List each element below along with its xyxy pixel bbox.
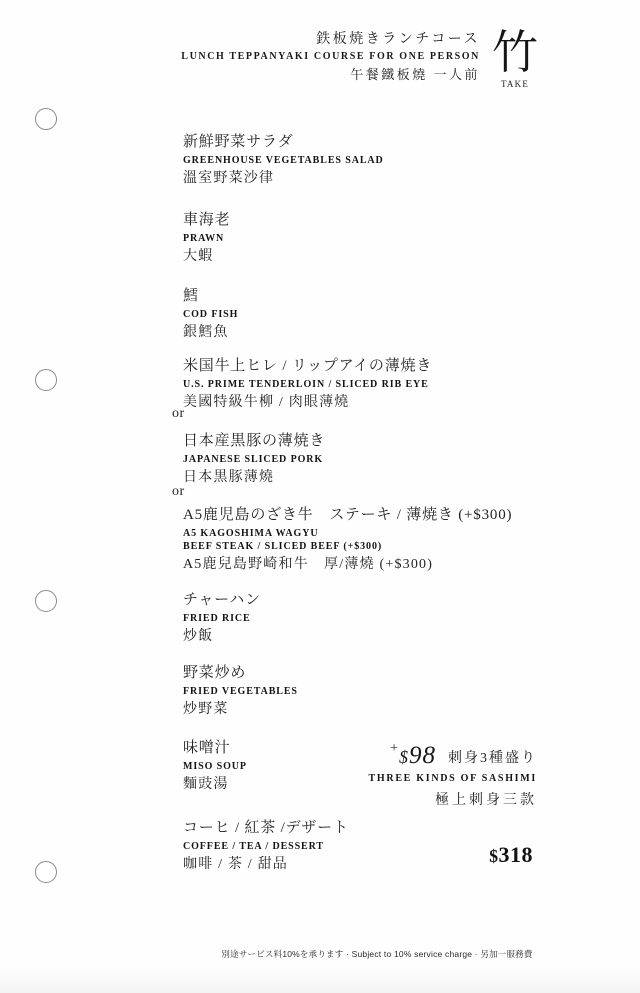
- item-name-en: COFFEE / TEA / DESSERT: [183, 841, 349, 853]
- menu-item-fried-rice: チャーハン FRIED RICE 炒飯: [183, 590, 261, 646]
- item-name-cn: 溫室野菜沙律: [183, 170, 384, 188]
- item-name-cn: A5鹿兒島野崎和牛 厚/薄燒 (+$300): [183, 556, 512, 574]
- menu-header: 鉄板焼きランチコース LUNCH TEPPANYAKI COURSE FOR O…: [181, 30, 480, 84]
- item-name-en: A5 KAGOSHIMA WAGYU: [183, 528, 512, 540]
- item-name-cn: 咖啡 / 茶 / 甜品: [183, 856, 349, 874]
- sashimi-addon-cn: 極上刺身三款: [369, 789, 537, 809]
- sashimi-addon: +$98刺身3種盛り THREE KINDS OF SASHIMI 極上刺身三款: [369, 744, 537, 809]
- item-name-jp: 鱈: [183, 286, 238, 306]
- sashimi-addon-en: THREE KINDS OF SASHIMI: [369, 773, 537, 784]
- item-name-en: PRAWN: [183, 233, 230, 245]
- course-kanji: 竹: [489, 28, 541, 78]
- item-name-cn: 銀鱈魚: [183, 324, 238, 342]
- sashimi-addon-price: $98: [399, 744, 436, 769]
- plus-sign: +: [390, 741, 398, 757]
- item-name-en: JAPANESE SLICED PORK: [183, 454, 325, 466]
- menu-item-prawn: 車海老 PRAWN 大蝦: [183, 210, 230, 266]
- binder-hole: [35, 108, 57, 130]
- menu-item-miso-soup: 味噌汁 MISO SOUP 麵豉湯: [183, 738, 247, 794]
- menu-page: 鉄板焼きランチコース LUNCH TEPPANYAKI COURSE FOR O…: [0, 0, 640, 993]
- item-name-en: FRIED RICE: [183, 613, 261, 625]
- sashimi-addon-price-line: +$98刺身3種盛り: [369, 744, 537, 769]
- total-price: $318: [489, 842, 533, 868]
- item-name-jp: チャーハン: [183, 590, 261, 610]
- menu-item-wagyu: A5鹿児島のざき牛 ステーキ / 薄焼き (+$300) A5 KAGOSHIM…: [183, 505, 512, 574]
- item-name-jp: 新鮮野菜サラダ: [183, 132, 384, 152]
- or-separator: or: [172, 406, 185, 422]
- item-name-jp: A5鹿児島のざき牛 ステーキ / 薄焼き (+$300): [183, 505, 512, 525]
- binder-hole: [35, 590, 57, 612]
- item-name-en: U.S. PRIME TENDERLOIN / SLICED RIB EYE: [183, 379, 432, 391]
- course-title-chinese: 午餐鐵板燒 一人前: [181, 66, 480, 84]
- binder-hole: [35, 861, 57, 883]
- item-name-cn: 大蝦: [183, 248, 230, 266]
- menu-item-beef: 米国牛上ヒレ / リップアイの薄焼き U.S. PRIME TENDERLOIN…: [183, 356, 432, 412]
- item-name-cn: 炒野菜: [183, 701, 298, 719]
- item-name-jp: 車海老: [183, 210, 230, 230]
- or-separator: or: [172, 484, 185, 500]
- item-name-jp: 野菜炒め: [183, 663, 298, 683]
- menu-item-cod: 鱈 COD FISH 銀鱈魚: [183, 286, 238, 342]
- item-name-en: COD FISH: [183, 309, 238, 321]
- item-name-cn: 炒飯: [183, 628, 261, 646]
- item-name-en: MISO SOUP: [183, 761, 247, 773]
- item-name-cn: 日本黒豚薄燒: [183, 469, 325, 487]
- course-title-english: LUNCH TEPPANYAKI COURSE FOR ONE PERSON: [181, 50, 480, 64]
- item-name-jp: 米国牛上ヒレ / リップアイの薄焼き: [183, 356, 432, 376]
- menu-item-pork: 日本産黒豚の薄焼き JAPANESE SLICED PORK 日本黒豚薄燒: [183, 431, 325, 487]
- item-name-en-line2: BEEF STEAK / SLICED BEEF (+$300): [183, 541, 512, 553]
- binder-hole: [35, 369, 57, 391]
- item-name-jp: コーヒ / 紅茶 /デザート: [183, 818, 349, 838]
- sashimi-addon-jp: 刺身3種盛り: [448, 747, 537, 767]
- item-name-jp: 味噌汁: [183, 738, 247, 758]
- item-name-cn: 麵豉湯: [183, 776, 247, 794]
- menu-item-coffee-tea-dessert: コーヒ / 紅茶 /デザート COFFEE / TEA / DESSERT 咖啡…: [183, 818, 349, 874]
- course-mark: 竹 TAKE: [489, 28, 541, 89]
- course-title-japanese: 鉄板焼きランチコース: [181, 30, 480, 49]
- item-name-en: FRIED VEGETABLES: [183, 686, 298, 698]
- item-name-jp: 日本産黒豚の薄焼き: [183, 431, 325, 451]
- menu-item-fried-vegetables: 野菜炒め FRIED VEGETABLES 炒野菜: [183, 663, 298, 719]
- item-name-cn: 美國特級牛柳 / 肉眼薄燒: [183, 394, 432, 412]
- menu-item-salad: 新鮮野菜サラダ GREENHOUSE VEGETABLES SALAD 溫室野菜…: [183, 132, 384, 188]
- service-charge-note: 別途サービス料10%を承ります · Subject to 10% service…: [221, 948, 532, 960]
- course-romaji: TAKE: [489, 79, 541, 89]
- item-name-en: GREENHOUSE VEGETABLES SALAD: [183, 155, 384, 167]
